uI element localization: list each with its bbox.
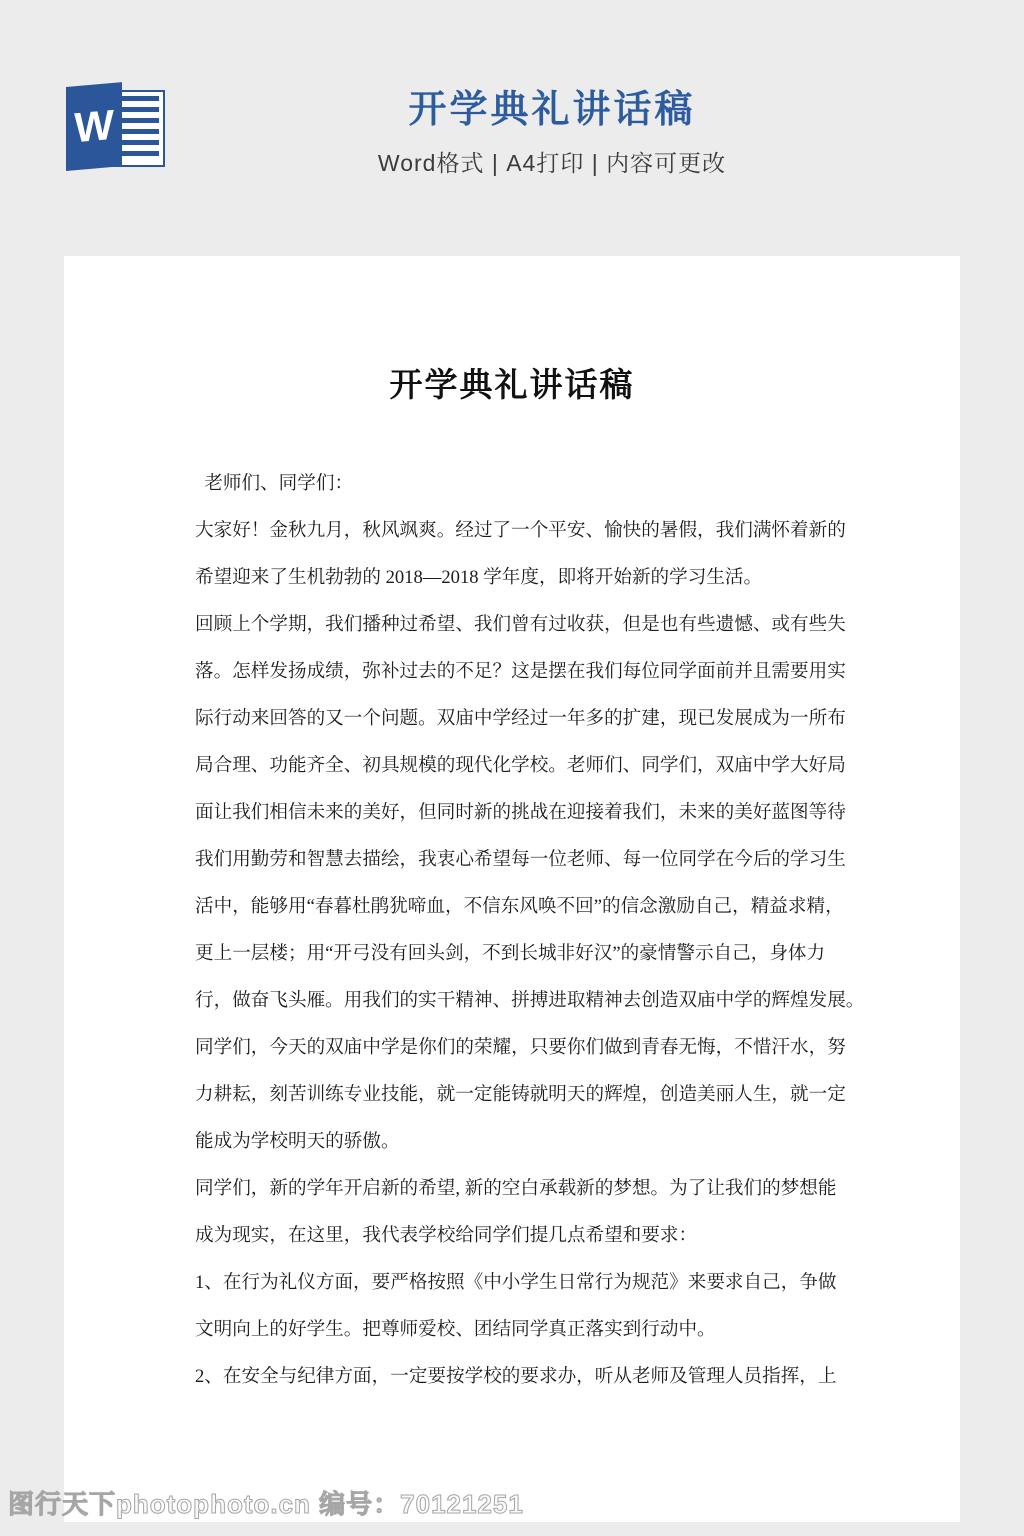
header-subtitle: Word格式 | A4打印 | 内容可更改 bbox=[200, 150, 904, 176]
text-line: 文明向上的好学生。把尊师爱校、团结同学真正落实到行动中。 bbox=[195, 1306, 850, 1353]
watermark-text: 图行天下photophoto.cn 编号：70121251 bbox=[8, 1484, 524, 1521]
header-text-block: 开学典礼讲话稿 Word格式 | A4打印 | 内容可更改 bbox=[200, 87, 904, 176]
text-line: 老师们、同学们： bbox=[195, 460, 850, 507]
text-line: 大家好！金秋九月，秋风飒爽。经过了一个平安、愉快的暑假，我们满怀着新的 bbox=[195, 507, 850, 554]
text-line: 我们用勤劳和智慧去描绘，我衷心希望每一位老师、每一位同学在今后的学习生 bbox=[195, 836, 850, 883]
text-line: 2、在安全与纪律方面，一定要按学校的要求办，听从老师及管理人员指挥，上 bbox=[195, 1353, 850, 1400]
word-letter: W bbox=[74, 104, 114, 149]
text-line: 回顾上个学期，我们播种过希望、我们曾有过收获，但是也有些遗憾、或有些失 bbox=[195, 601, 850, 648]
word-logo-icon: W bbox=[66, 87, 168, 173]
text-line: 更上一层楼；用“开弓没有回头剑，不到长城非好汉”的豪情警示自己，身体力 bbox=[195, 930, 850, 977]
text-line: 力耕耘，刻苦训练专业技能，就一定能铸就明天的辉煌，创造美丽人生，就一定 bbox=[195, 1071, 850, 1118]
text-line: 成为现实，在这里，我代表学校给同学们提几点希望和要求： bbox=[195, 1212, 850, 1259]
document-sheet: 开学典礼讲话稿 老师们、同学们：大家好！金秋九月，秋风飒爽。经过了一个平安、愉快… bbox=[64, 256, 960, 1522]
word-cover-icon: W bbox=[66, 82, 122, 171]
page-canvas: W 开学典礼讲话稿 Word格式 | A4打印 | 内容可更改 开学典礼讲话稿 … bbox=[0, 0, 1024, 1536]
text-line: 1、在行为礼仪方面，要严格按照《中小学生日常行为规范》来要求自己，争做 bbox=[195, 1259, 850, 1306]
text-line: 希望迎来了生机勃勃的 2018—2018 学年度，即将开始新的学习生活。 bbox=[195, 554, 850, 601]
text-line: 能成为学校明天的骄傲。 bbox=[195, 1118, 850, 1165]
text-line: 面让我们相信未来的美好，但同时新的挑战在迎接着我们，未来的美好蓝图等待 bbox=[195, 789, 850, 836]
document-body: 老师们、同学们：大家好！金秋九月，秋风飒爽。经过了一个平安、愉快的暑假，我们满怀… bbox=[195, 460, 850, 1400]
text-line: 同学们，今天的双庙中学是你们的荣耀，只要你们做到青春无悔，不惜汗水，努 bbox=[195, 1024, 850, 1071]
text-line: 活中，能够用“春暮杜鹃犹啼血，不信东风唤不回”的信念激励自己，精益求精， bbox=[195, 883, 850, 930]
text-line: 际行动来回答的又一个问题。双庙中学经过一年多的扩建，现已发展成为一所布 bbox=[195, 695, 850, 742]
text-line: 局合理、功能齐全、初具规模的现代化学校。老师们、同学们，双庙中学大好局 bbox=[195, 742, 850, 789]
word-document-lines-icon bbox=[118, 96, 159, 161]
header-title: 开学典礼讲话稿 bbox=[200, 87, 904, 133]
text-line: 落。怎样发扬成绩，弥补过去的不足？这是摆在我们每位同学面前并且需要用实 bbox=[195, 648, 850, 695]
document-title: 开学典礼讲话稿 bbox=[64, 368, 960, 404]
text-line: 同学们，新的学年开启新的希望, 新的空白承载新的梦想。为了让我们的梦想能 bbox=[195, 1165, 850, 1212]
text-line: 行，做奋飞头雁。用我们的实干精神、拼搏进取精神去创造双庙中学的辉煌发展。 bbox=[195, 977, 850, 1024]
